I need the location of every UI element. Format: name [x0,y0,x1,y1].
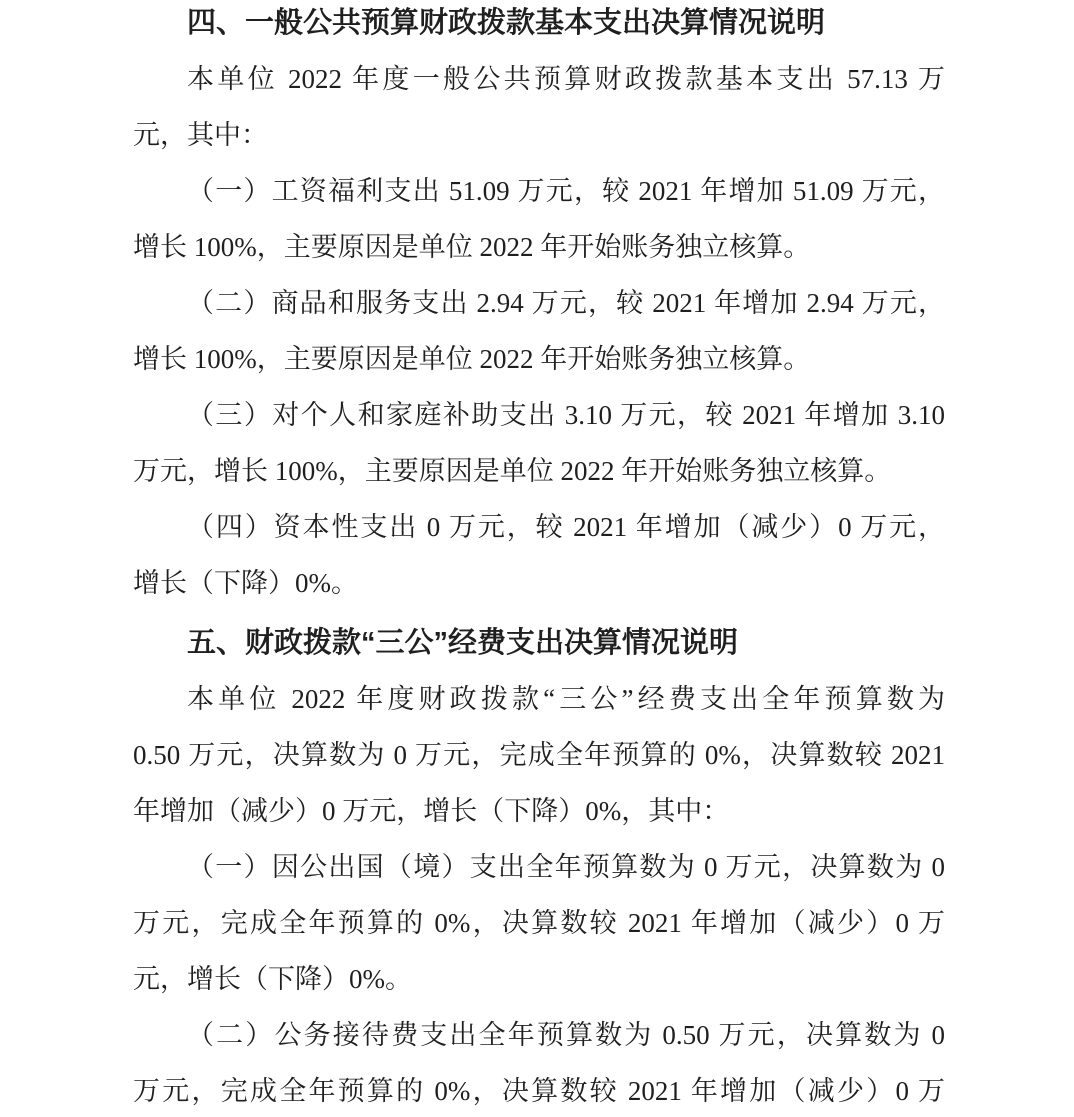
section-5-paragraph-1: 本单位 2022 年度财政拨款“三公”经费支出全年预算数为 0.50 万元，决算… [133,671,945,839]
doc-line: （三）对个人和家庭补助支出 3.10 万元，较 2021 年增加 3.10 [133,387,945,443]
document-page: 四、一般公共预算财政拨款基本支出决算情况说明 本单位 2022 年度一般公共预算… [0,0,1074,1117]
section-5-paragraph-2: （一）因公出国（境）支出全年预算数为 0 万元，决算数为 0 万元，完成全年预算… [133,839,945,1007]
doc-line: 本单位 2022 年度财政拨款“三公”经费支出全年预算数为 [133,671,945,727]
doc-line: 增长 100%，主要原因是单位 2022 年开始账务独立核算。 [133,219,945,275]
doc-line: 元，其中： [133,107,945,163]
doc-line: 0.50 万元，决算数为 0 万元，完成全年预算的 0%，决算数较 2021 [133,727,945,783]
doc-line: （二）公务接待费支出全年预算数为 0.50 万元，决算数为 0 [133,1007,945,1063]
section-4-paragraph-1: 本单位 2022 年度一般公共预算财政拨款基本支出 57.13 万 元，其中： [133,51,945,163]
doc-line: 万元，完成全年预算的 0%，决算数较 2021 年增加（减少）0 万 [133,895,945,951]
doc-line: （一）工资福利支出 51.09 万元，较 2021 年增加 51.09 万元， [133,163,945,219]
doc-line: 万元，增长 100%，主要原因是单位 2022 年开始账务独立核算。 [133,443,945,499]
doc-line: （四）资本性支出 0 万元，较 2021 年增加（减少）0 万元， [133,499,945,555]
doc-line: 元，增长（下降）0%。 [133,951,945,1007]
section-5-paragraph-3: （二）公务接待费支出全年预算数为 0.50 万元，决算数为 0 万元，完成全年预… [133,1007,945,1117]
section-4-paragraph-4: （三）对个人和家庭补助支出 3.10 万元，较 2021 年增加 3.10 万元… [133,387,945,499]
doc-line: 增长 100%，主要原因是单位 2022 年开始账务独立核算。 [133,331,945,387]
doc-line: （二）商品和服务支出 2.94 万元，较 2021 年增加 2.94 万元， [133,275,945,331]
doc-line: 万元，完成全年预算的 0%，决算数较 2021 年增加（减少）0 万 [133,1063,945,1117]
doc-line: （一）因公出国（境）支出全年预算数为 0 万元，决算数为 0 [133,839,945,895]
section-5-heading: 五、财政拨款“三公”经费支出决算情况说明 [133,615,945,671]
doc-line: 增长（下降）0%。 [133,555,945,611]
section-4-paragraph-5: （四）资本性支出 0 万元，较 2021 年增加（减少）0 万元， 增长（下降）… [133,499,945,611]
doc-line: 年增加（减少）0 万元，增长（下降）0%，其中： [133,783,945,839]
section-4-paragraph-3: （二）商品和服务支出 2.94 万元，较 2021 年增加 2.94 万元， 增… [133,275,945,387]
doc-line: 本单位 2022 年度一般公共预算财政拨款基本支出 57.13 万 [133,51,945,107]
section-4-paragraph-2: （一）工资福利支出 51.09 万元，较 2021 年增加 51.09 万元， … [133,163,945,275]
section-4-heading: 四、一般公共预算财政拨款基本支出决算情况说明 [133,0,945,51]
document-content: 四、一般公共预算财政拨款基本支出决算情况说明 本单位 2022 年度一般公共预算… [133,0,945,1117]
